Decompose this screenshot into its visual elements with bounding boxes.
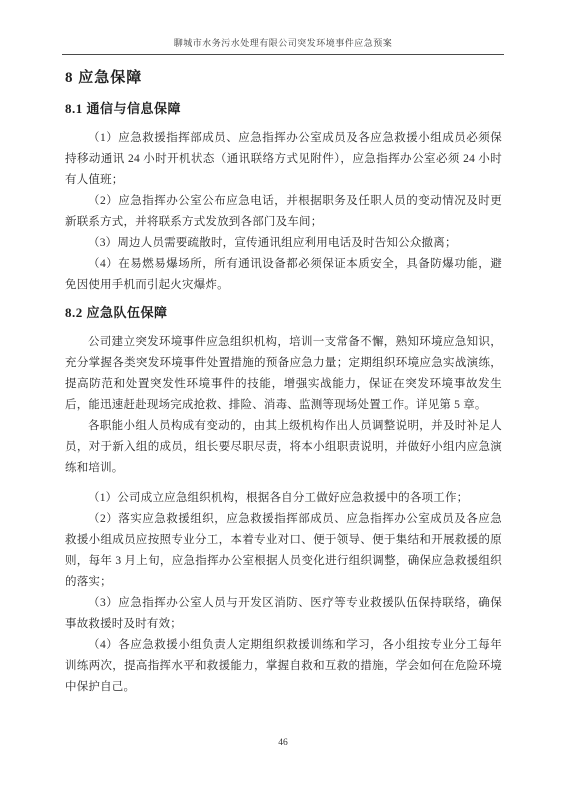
paragraph: （3）应急指挥办公室人员与开发区消防、医疗等专业救援队伍保持联络，确保事故救援时… xyxy=(65,593,502,635)
paragraph: （1）公司成立应急组织机构，根据各自分工做好应急救援中的各项工作； xyxy=(65,488,502,509)
paragraph: 各职能小组人员构成有变动的，由其上级机构作出人员调整说明，并及时补足人员，对于新… xyxy=(65,416,502,479)
page-content: 8 应急保障 8.1 通信与信息保障 （1）应急救援指挥部成员、应急指挥办公室成… xyxy=(65,60,502,698)
paragraph: （3）周边人员需要疏散时，宣传通讯组应利用电话及时告知公众撤离； xyxy=(65,233,502,254)
paragraph: （1）应急救援指挥部成员、应急指挥办公室成员及各应急救援小组成员必须保持移动通讯… xyxy=(65,128,502,191)
page-number: 46 xyxy=(0,738,566,748)
paragraph: （4）在易燃易爆场所，所有通讯设备都必须保证本质安全，具备防爆功能，避免因使用手… xyxy=(65,254,502,296)
paragraph: （2）落实应急救援组织，应急救援指挥部成员、应急指挥办公室成员及各应急救援小组成… xyxy=(65,509,502,593)
chapter-heading: 8 应急保障 xyxy=(65,68,502,88)
paragraph: 公司建立突发环境事件应急组织机构，培训一支常备不懈，熟知环境应急知识，充分掌握各… xyxy=(65,332,502,416)
document-page: 聊城市水务污水处理有限公司突发环境事件应急预案 8 应急保障 8.1 通信与信息… xyxy=(0,0,566,800)
paragraph: （4）各应急救援小组负责人定期组织救援训练和学习，各小组按专业分工每年训练两次，… xyxy=(65,635,502,698)
paragraph: （2）应急指挥办公室公布应急电话，并根据职务及任职人员的变动情况及时更新联系方式… xyxy=(65,191,502,233)
section-heading-8-2: 8.2 应急队伍保障 xyxy=(65,304,502,322)
section-heading-8-1: 8.1 通信与信息保障 xyxy=(65,100,502,118)
page-header: 聊城市水务污水处理有限公司突发环境事件应急预案 xyxy=(62,36,504,55)
